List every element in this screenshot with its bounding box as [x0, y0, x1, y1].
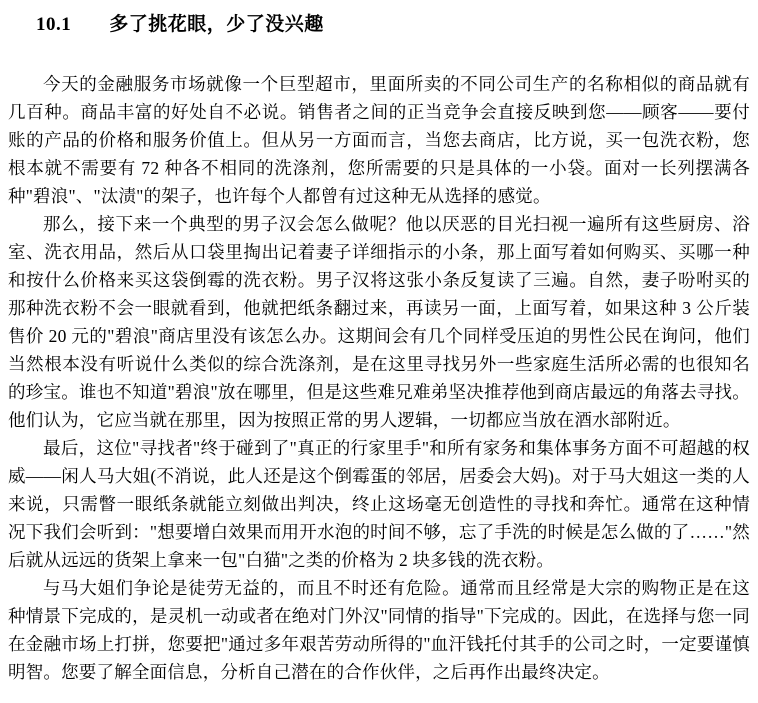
body-paragraph: 与马大姐们争论是徒劳无益的，而且不时还有危险。通常而且经常是大宗的购物正是在这种…	[8, 574, 750, 686]
body-text: 今天的金融服务市场就像一个巨型超市，里面所卖的不同公司生产的名称相似的商品就有几…	[8, 70, 750, 686]
document-page: 10.1多了挑花眼，少了没兴趣 今天的金融服务市场就像一个巨型超市，里面所卖的不…	[0, 0, 758, 703]
body-paragraph: 今天的金融服务市场就像一个巨型超市，里面所卖的不同公司生产的名称相似的商品就有几…	[8, 70, 750, 210]
section-title: 多了挑花眼，少了没兴趣	[109, 14, 324, 35]
body-paragraph: 最后，这位"寻找者"终于碰到了"真正的行家里手"和所有家务和集体事务方面不可超越…	[8, 434, 750, 574]
section-heading: 10.1多了挑花眼，少了没兴趣	[36, 12, 750, 38]
body-paragraph: 那么，接下来一个典型的男子汉会怎么做呢？他以厌恶的目光扫视一遍所有这些厨房、浴室…	[8, 210, 750, 434]
section-number: 10.1	[36, 12, 71, 38]
